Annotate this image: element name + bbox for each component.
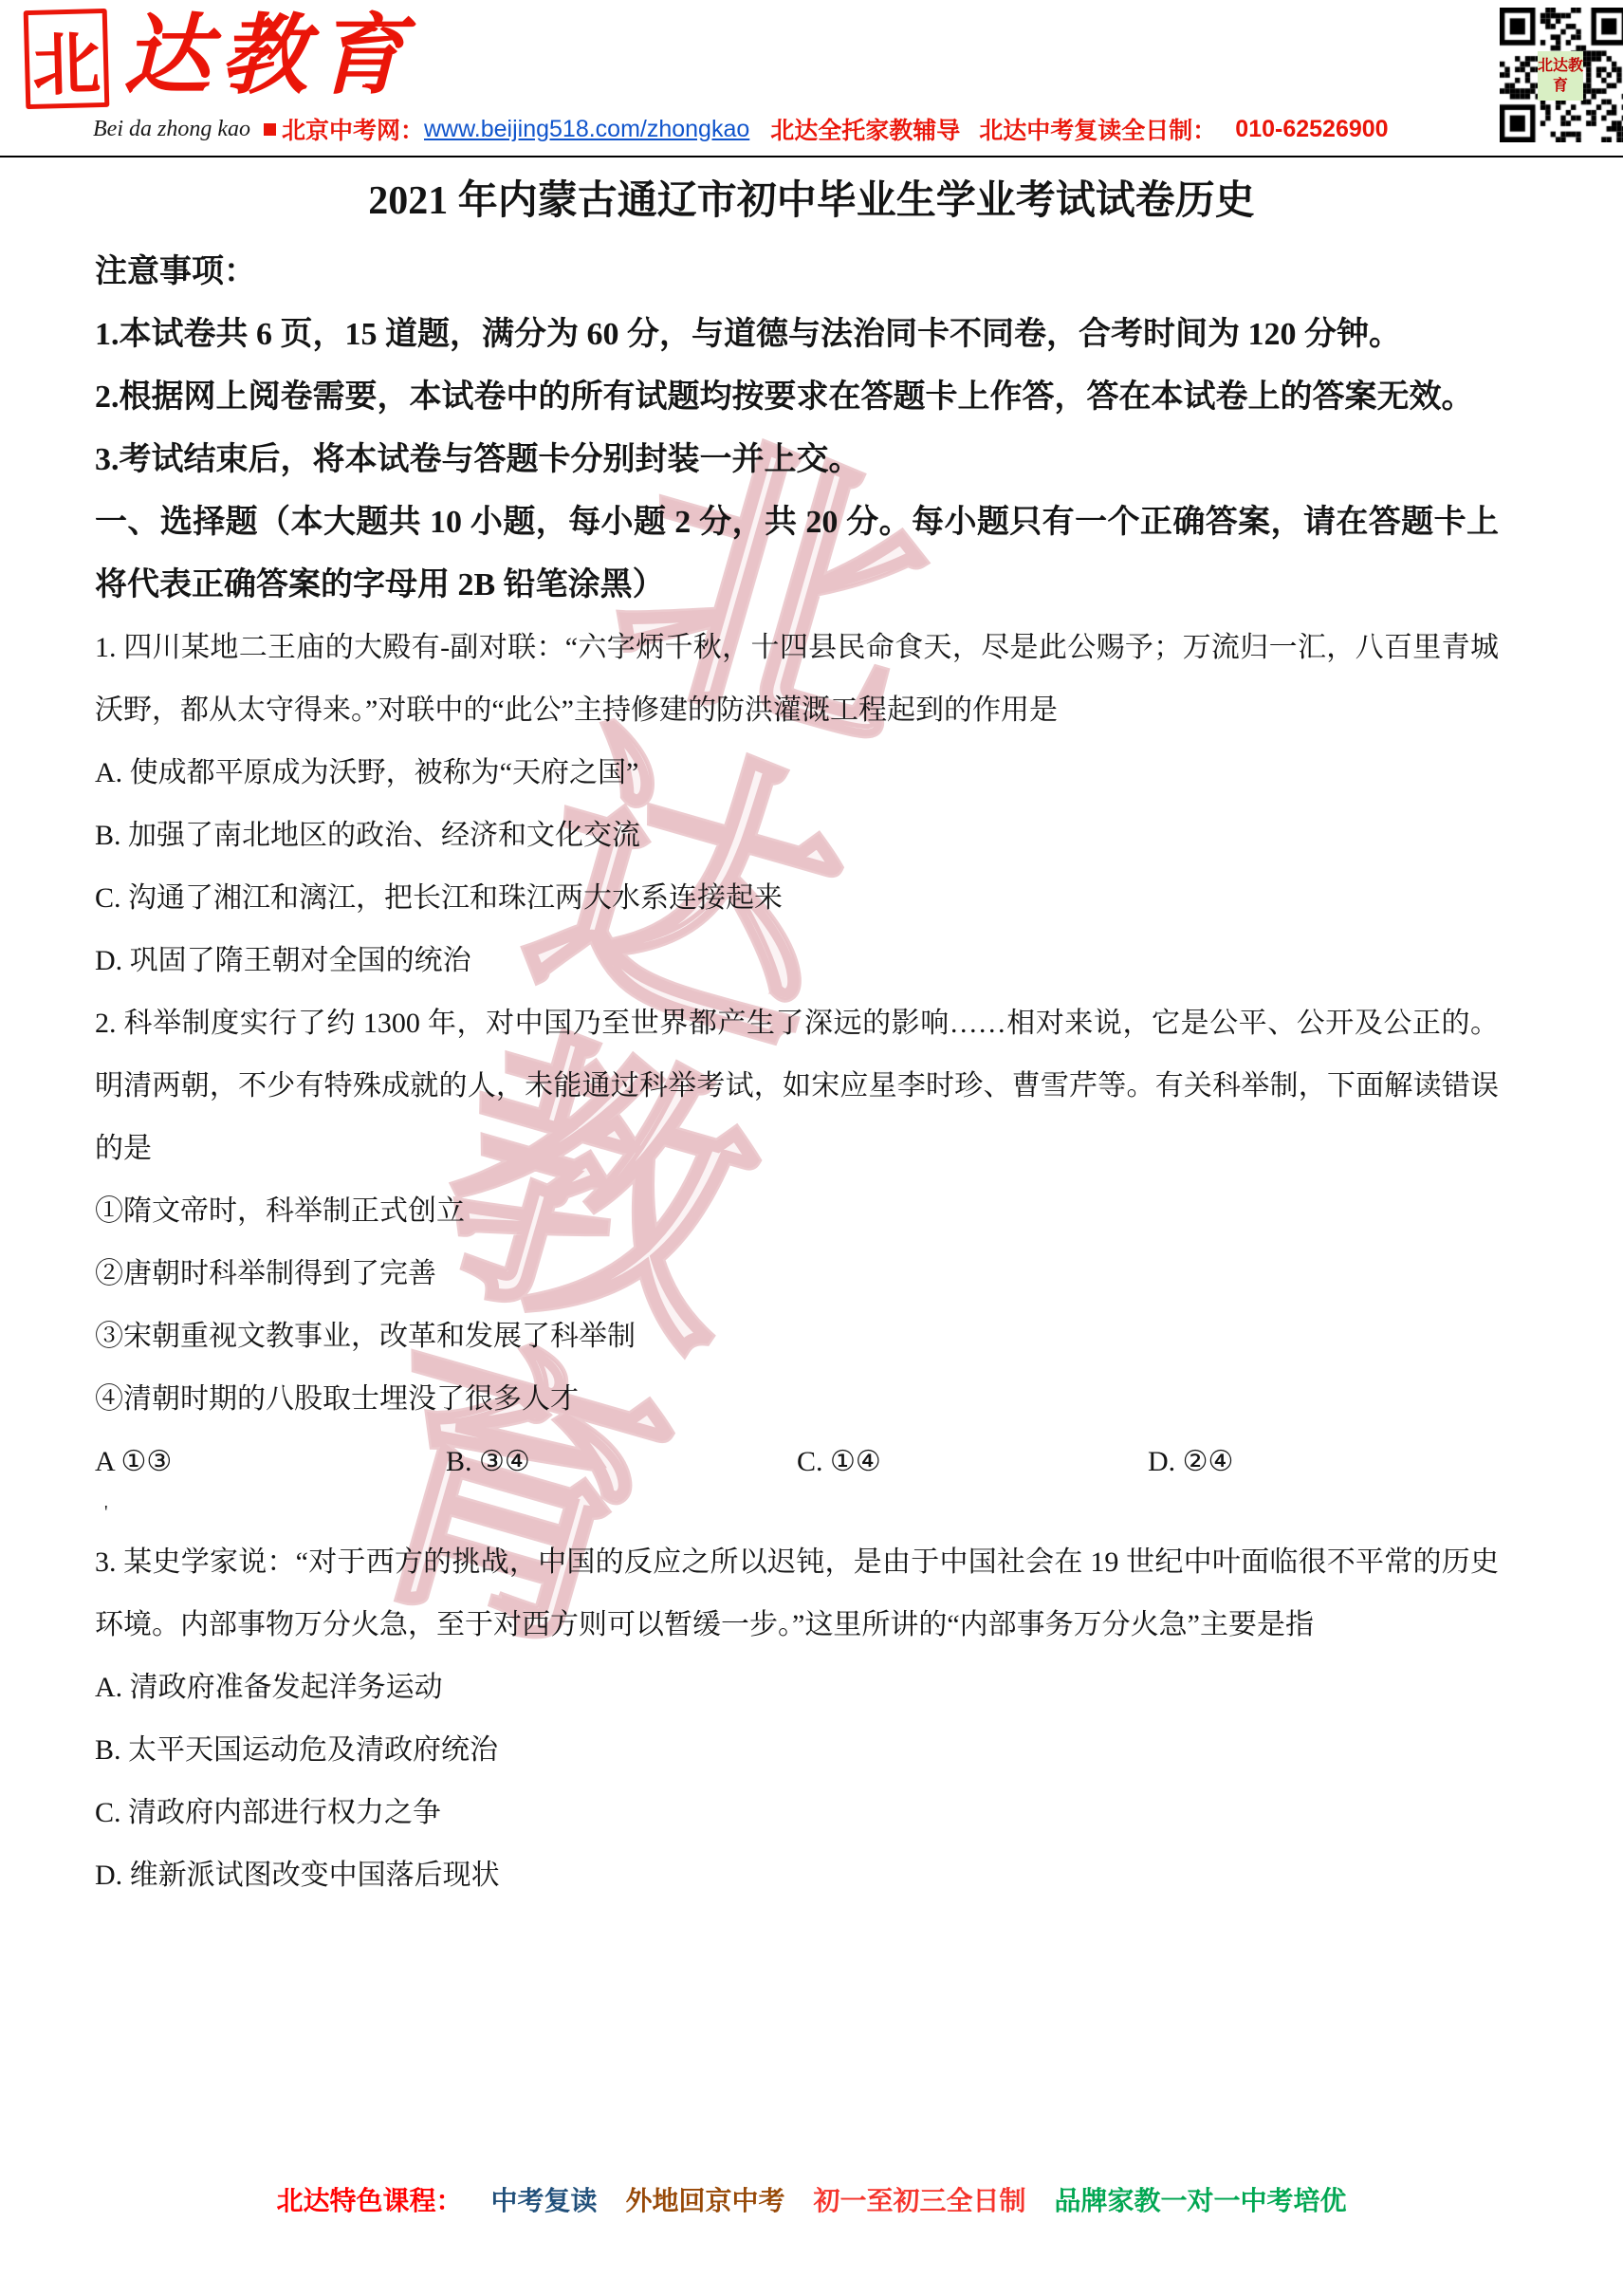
question-3-option-c: C. 清政府内部进行权力之争 [95, 1782, 1499, 1844]
question-2-option-c: C. ①④ [797, 1431, 1148, 1493]
question-3-option-b: B. 太平天国运动危及清政府统治 [95, 1719, 1499, 1782]
notice-item: 1.本试卷共 6 页，15 道题，满分为 60 分，与道德与法治同卡不同卷，合考… [95, 304, 1499, 366]
site-link[interactable]: www.beijing518.com/zhongkao [424, 116, 749, 143]
section-heading: 一、选择题（本大题共 10 小题，每小题 2 分，共 20 分。每小题只有一个正… [95, 491, 1499, 617]
exam-body: 注意事项： 1.本试卷共 6 页，15 道题，满分为 60 分，与道德与法治同卡… [95, 241, 1499, 1907]
question-2-option-b: B. ③④ [446, 1431, 797, 1493]
service-text-1: 北达全托家教辅导 [770, 112, 960, 146]
header-divider [0, 156, 1623, 157]
footer-item: 中考复读 [490, 2180, 597, 2218]
question-3-option-d: D. 维新派试图改变中国落后现状 [95, 1844, 1499, 1907]
page-title: 2021 年内蒙古通辽市初中毕业生学业考试试卷历史 [0, 169, 1623, 226]
question-2-options-row: A ①③ B. ③④ C. ①④ D. ②④ [95, 1431, 1499, 1493]
footer-item: 外地回京中考 [625, 2180, 784, 2218]
service-text-2: 北达中考复读全日制： [979, 112, 1216, 146]
exam-paper-page: 北达教育 北 达教育 Bei da zhong kao 北京中考网： www.b… [0, 0, 1623, 2296]
question-1-option-b: B. 加强了南北地区的政治、经济和文化交流 [95, 805, 1499, 867]
brand-pinyin: Bei da zhong kao [93, 117, 250, 142]
question-2-subitem-4: ④清朝时期的八股取士埋没了很多人才 [95, 1368, 1499, 1431]
question-3-stem: 3. 某史学家说：“对于西方的挑战，中国的反应之所以迟钝，是由于中国社会在 19… [95, 1531, 1499, 1657]
notice-heading: 注意事项： [95, 241, 1499, 304]
question-3-option-a: A. 清政府准备发起洋务运动 [95, 1657, 1499, 1719]
qr-center-label: 北达教育 [1538, 51, 1583, 101]
site-label: 北京中考网： [282, 112, 424, 146]
footer-item: 品牌家教一对一中考培优 [1055, 2180, 1347, 2218]
red-square-bullet-icon [264, 123, 276, 136]
qr-code-block: 北达教育 [1500, 8, 1623, 142]
footer-label: 北达特色课程： [276, 2180, 462, 2218]
notice-item: 2.根据网上阅卷需要，本试卷中的所有试题均按要求在答题卡上作答，答在本试卷上的答… [95, 366, 1499, 429]
question-1-option-a: A. 使成都平原成为沃野，被称为“天府之国” [95, 742, 1499, 805]
question-1-option-d: D. 巩固了隋王朝对全国的统治 [95, 930, 1499, 992]
brand-wordmark: 达教育 [123, 9, 414, 102]
header-info-line: Bei da zhong kao 北京中考网： www.beijing518.c… [93, 112, 1389, 146]
notice-item: 3.考试结束后，将本试卷与答题卡分别封装一并上交。 [95, 429, 1499, 491]
brand-logo: 北 达教育 [25, 9, 414, 108]
question-2-subitem-2: ②唐朝时科举制得到了完善 [95, 1243, 1499, 1305]
phone-number: 010-62526900 [1235, 116, 1388, 143]
brand-seal-stamp: 北 [24, 9, 110, 109]
footer-course-line: 北达特色课程： 中考复读 外地回京中考 初一至初三全日制 品牌家教一对一中考培优 [0, 2180, 1623, 2218]
question-1-stem: 1. 四川某地二王庙的大殿有-副对联：“六字炳千秋，十四县民命食天，尽是此公赐予… [95, 617, 1499, 742]
question-2-stem: 2. 科举制度实行了约 1300 年，对中国乃至世界都产生了深远的影响……相对来… [95, 992, 1499, 1180]
question-2-subitem-3: ③宋朝重视文教事业，改革和发展了科举制 [95, 1305, 1499, 1368]
question-1-option-c: C. 沟通了湘江和漓江，把长江和珠江两大水系连接起来 [95, 867, 1499, 930]
question-2-option-a: A ①③ [95, 1431, 446, 1493]
stray-mark: ' [95, 1493, 1499, 1531]
question-2-option-d: D. ②④ [1148, 1431, 1499, 1493]
question-2-subitem-1: ①隋文帝时，科举制正式创立 [95, 1180, 1499, 1243]
brand-seal-char: 北 [31, 9, 102, 109]
footer-item: 初一至初三全日制 [814, 2180, 1026, 2218]
